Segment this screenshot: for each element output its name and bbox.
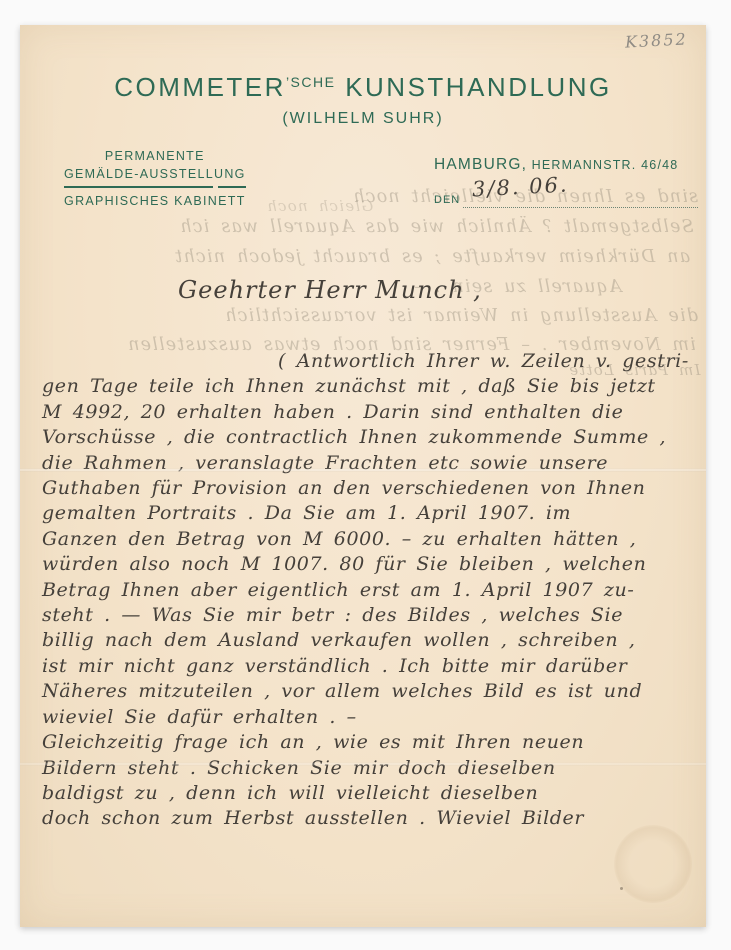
permanente-label: PERMANENTE <box>64 147 246 165</box>
letterhead-title: COMMETER’SCHE KUNSTHANDLUNG <box>20 72 706 103</box>
address-line: HAMBURG, HERMANNSTR. 46/48 <box>434 156 678 174</box>
bleedthrough-line: Selbstgemalt ? Ähnlich wie das Aquarell … <box>179 217 694 237</box>
street-label: HERMANNSTR. 46/48 <box>532 158 679 172</box>
handwritten-line: doch schon zum Herbst ausstellen . Wievi… <box>42 806 698 831</box>
letter-body: ( Antwortlich Ihrer w. Zeilen v. gestri-… <box>42 349 698 832</box>
handwritten-line: ( Antwortlich Ihrer w. Zeilen v. gestri- <box>42 349 698 374</box>
handwritten-line: steht . — Was Sie mir betr : des Bildes … <box>42 603 698 628</box>
handwritten-line: die Rahmen , veranslagte Frachten etc so… <box>42 451 698 476</box>
handwritten-line: Vorschüsse , die contractlich Ihnen zuko… <box>42 425 698 450</box>
graphisches-kabinett-label: GRAPHISCHES KABINETT <box>64 192 246 210</box>
letterhead-title-tail: KUNSTHANDLUNG <box>345 72 612 102</box>
letter-paper: K3852 sind es Ihnen die vielleicht noch … <box>20 25 706 927</box>
bleedthrough-line: Gleich noch <box>266 197 373 215</box>
handwritten-line: billig nach dem Ausland verkaufen wollen… <box>42 628 698 653</box>
handwritten-line: Näheres mitzuteilen , vor allem welches … <box>42 679 698 704</box>
letterhead-left-block: PERMANENTE GEMÄLDE-AUSSTELLUNG GRAPHISCH… <box>64 147 246 210</box>
handwritten-line: gen Tage teile ich Ihnen zunächst mit , … <box>42 374 698 399</box>
handwritten-line: würden also noch M 1007. 80 für Sie blei… <box>42 552 698 577</box>
letterhead-title-main: COMMETER <box>114 72 286 102</box>
handwritten-line: Ganzen den Betrag von M 6000. – zu erhal… <box>42 527 698 552</box>
handwritten-line: baldigst zu , denn ich will vielleicht d… <box>42 781 698 806</box>
date-label: DEN <box>434 194 460 206</box>
bleedthrough-line: die Ausstellung in Weimar ist voraussich… <box>224 306 698 326</box>
scan-background: { "scan": { "archive_number": "K3852" },… <box>0 0 731 950</box>
gemaelde-ausstellung-label: GEMÄLDE-AUSSTELLUNG <box>64 165 246 183</box>
handwritten-line: ist mir nicht ganz verständlich . Ich bi… <box>42 654 698 679</box>
handwritten-line: wieviel Sie dafür erhalten . – <box>42 705 698 730</box>
bleedthrough-line: an Dürkheim verkaufte ; es braucht jedoc… <box>174 247 690 267</box>
ink-speck <box>620 887 623 890</box>
divider-rule <box>64 186 246 188</box>
handwritten-line: M 4992, 20 erhalten haben . Darin sind e… <box>42 400 698 425</box>
letterhead-title-suffix: ’SCHE <box>286 74 336 90</box>
date-value: 3/8. 06. <box>471 172 569 201</box>
handwritten-line: gemalten Portraits . Da Sie am 1. April … <box>42 501 698 526</box>
paper-stain <box>614 825 692 903</box>
archive-number: K3852 <box>625 29 689 51</box>
handwritten-line: Gleichzeitig frage ich an , wie es mit I… <box>42 730 698 755</box>
salutation: Geehrter Herr Munch , <box>178 276 482 304</box>
letterhead-subtitle: (WILHELM SUHR) <box>20 110 706 128</box>
handwritten-line: Betrag Ihnen aber eigentlich erst am 1. … <box>42 578 698 603</box>
city-label: HAMBURG, <box>434 156 527 173</box>
handwritten-line: Bildern steht . Schicken Sie mir doch di… <box>42 756 698 781</box>
handwritten-line: Guthaben für Provision an den verschiede… <box>42 476 698 501</box>
